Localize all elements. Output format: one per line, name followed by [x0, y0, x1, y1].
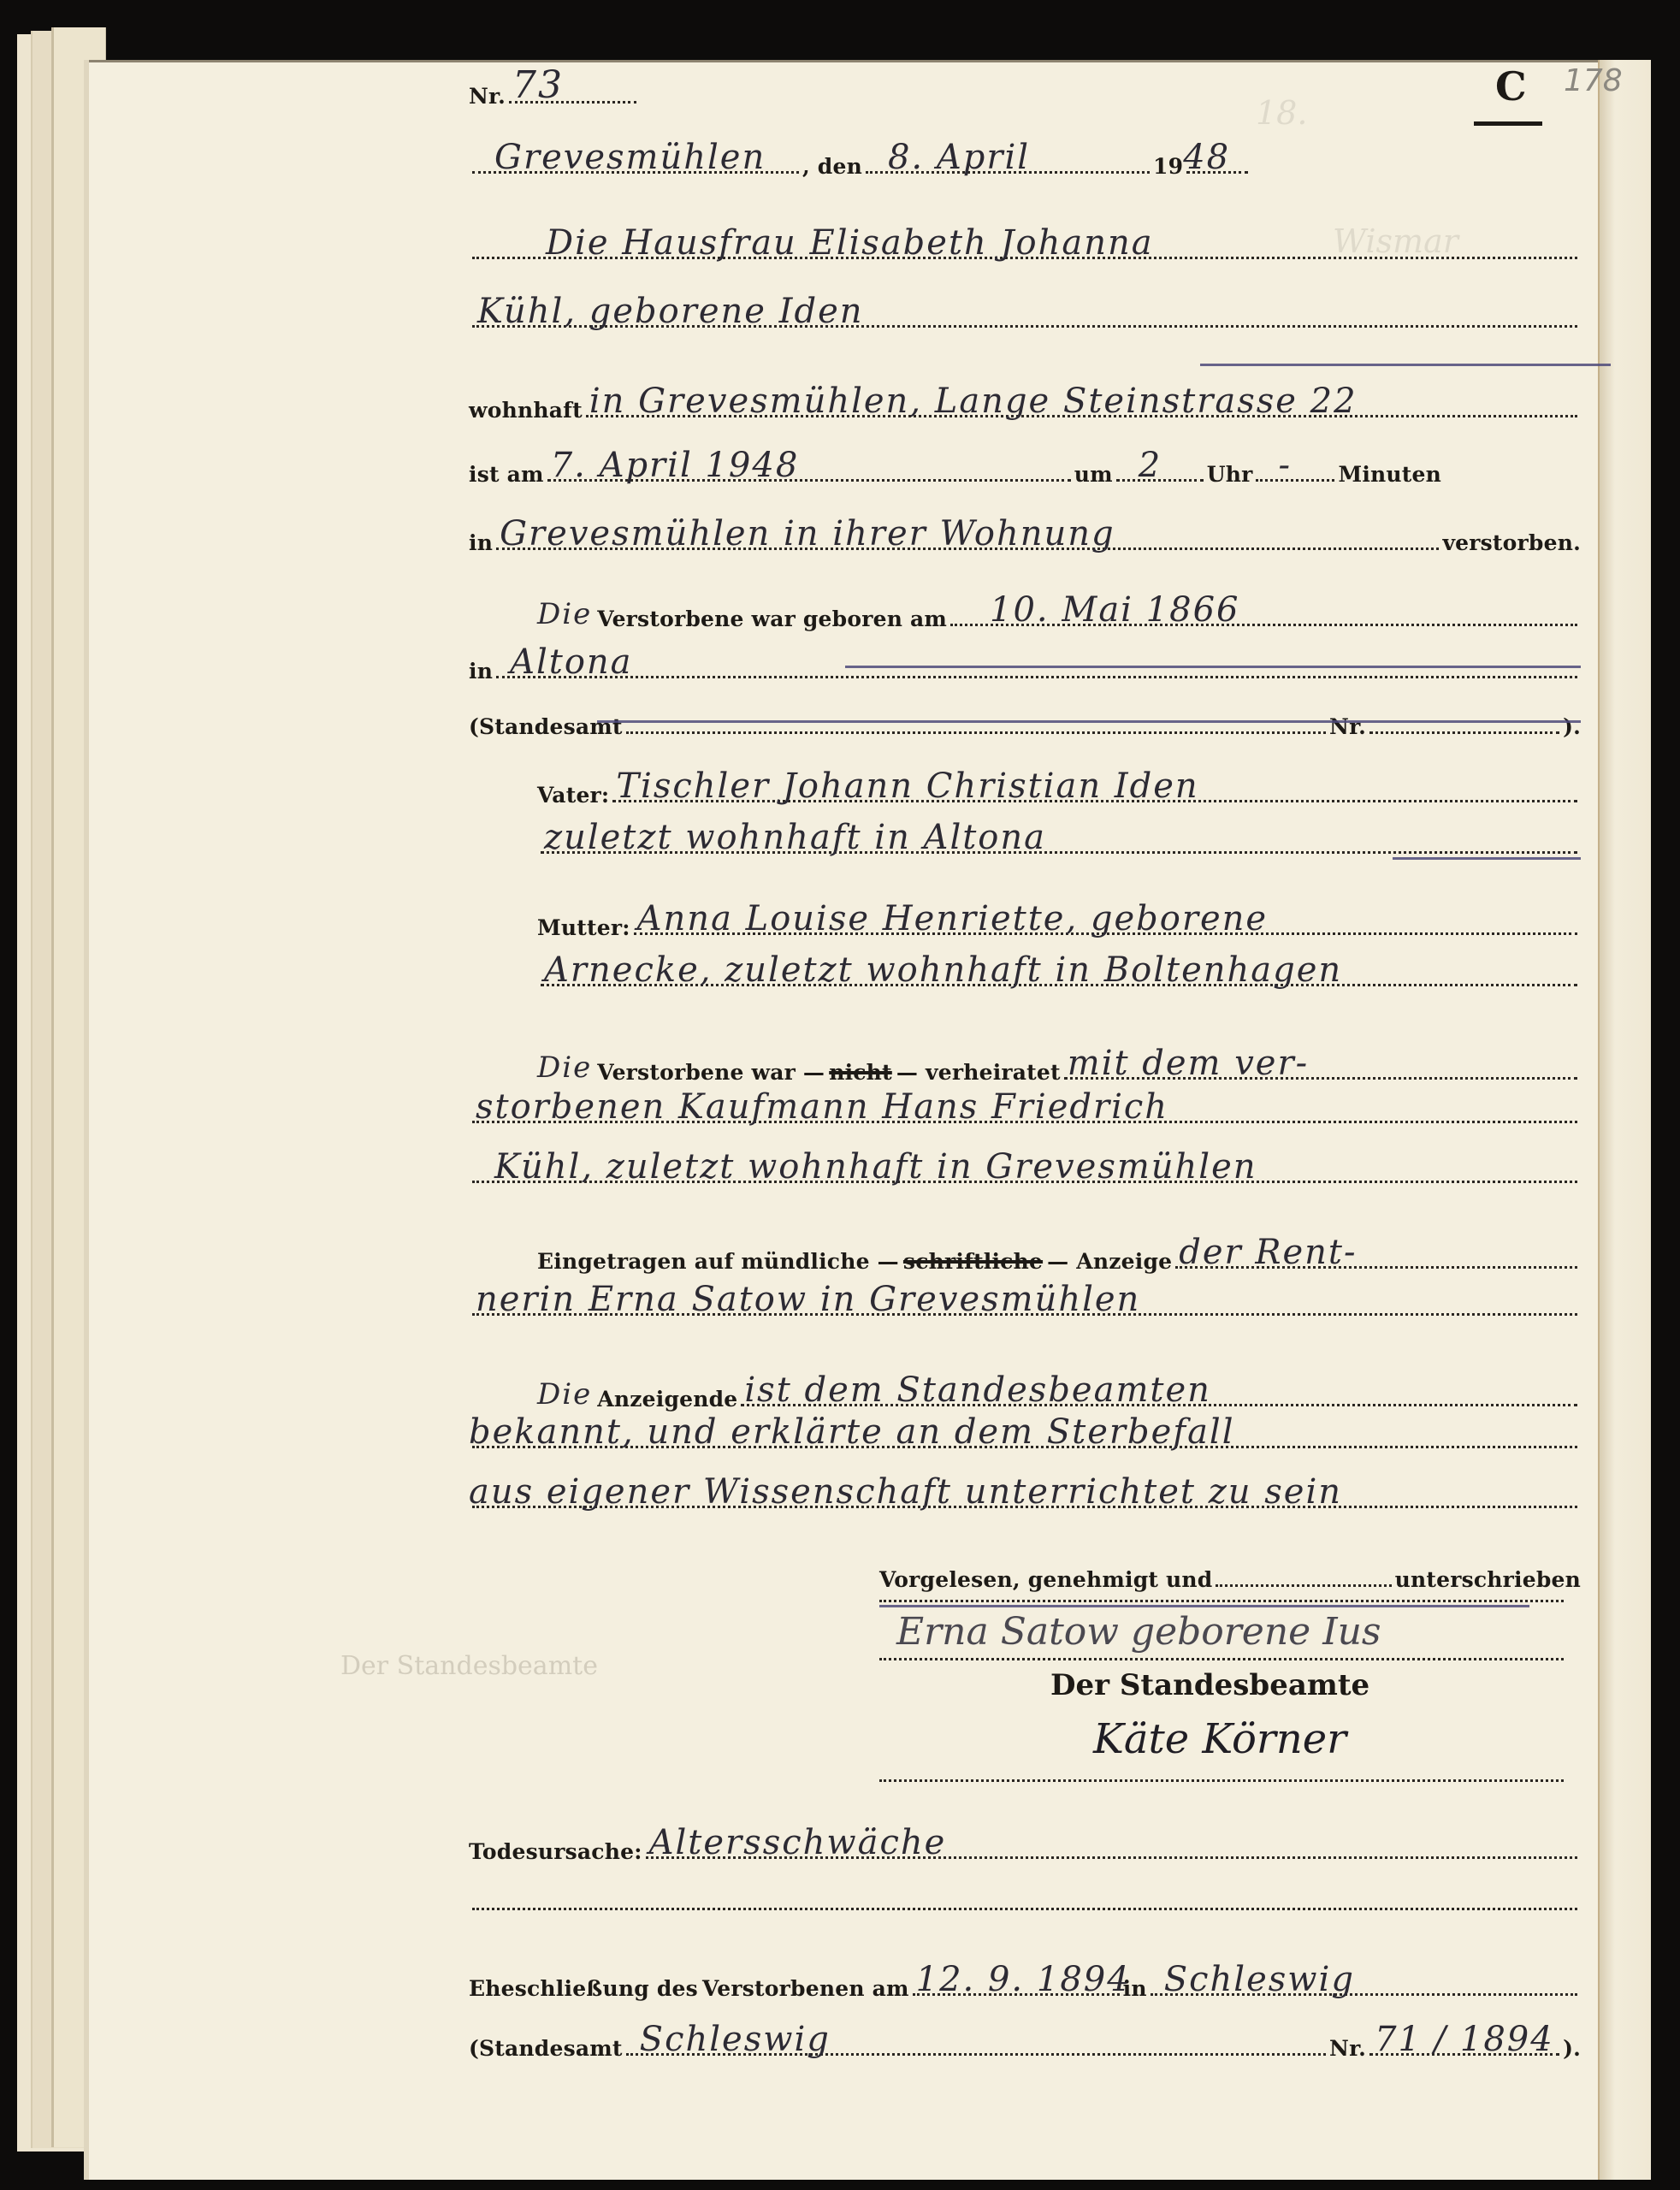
read-approved-row: Vorgelesen, genehmigt und unterschrieben: [879, 1567, 1581, 1592]
report-row: Eingetragen auf mündliche — schriftliche…: [537, 1249, 1581, 1274]
residence-row: wohnhaft in Grevesmühlen, Lange Steinstr…: [469, 398, 1581, 423]
um-label: um: [1074, 462, 1113, 487]
death-time-row: ist am 7. April 1948 um 2 Uhr - Minuten: [469, 462, 1581, 487]
registration-place: Grevesmühlen: [494, 138, 766, 177]
birth-prefix: Die: [537, 597, 592, 631]
report-label-anzeige: — Anzeige: [1047, 1249, 1172, 1274]
register-letter-underline: [1474, 121, 1542, 126]
marriage-date-value: 12. 9. 1894: [916, 1960, 1131, 1999]
mother-line-1: Anna Louise Henriette, geborene: [637, 899, 1268, 938]
book-spine: [1598, 60, 1651, 2180]
signature-line: [879, 1600, 1564, 1602]
anzeigende-line-1: ist dem Standesbeamten: [744, 1370, 1210, 1410]
signature-line: [879, 1779, 1564, 1782]
marital-line-1: mit dem ver-: [1068, 1044, 1309, 1083]
deceased-name-line-2: Kühl, geborene Iden: [477, 292, 864, 331]
death-date-value: 7. April 1948: [551, 446, 800, 485]
residence-value: in Grevesmühlen, Lange Steinstrasse 22: [589, 382, 1358, 421]
marriage-registry-label: (Standesamt: [469, 2036, 623, 2061]
mother-row-2: Arnecke, zuletzt wohnhaft in Boltenhagen: [537, 984, 1581, 991]
death-place-value: Grevesmühlen in ihrer Wohnung: [500, 514, 1115, 553]
blank-cancel-line: [845, 666, 1581, 668]
marriage-registry-value: Schleswig: [640, 2020, 831, 2059]
report-line-2: nerin Erna Satow in Grevesmühlen: [476, 1280, 1140, 1319]
deceased-name-line-1: Die Hausfrau Elisabeth Johanna: [546, 223, 1154, 263]
father-row-1: Vater: Tischler Johann Christian Iden: [537, 783, 1581, 808]
birth-registry-nr-label: Nr.: [1329, 714, 1366, 739]
informant-signature: Erna Satow geborene Ius: [896, 1610, 1381, 1654]
birth-registry-close: ).: [1563, 714, 1581, 739]
register-letter: C: [1495, 63, 1527, 109]
marital-line-2: storbenen Kaufmann Hans Friedrich: [476, 1087, 1168, 1127]
informant-statement-row-2: bekannt, und erklärte an dem Sterbefall: [469, 1446, 1581, 1453]
bleed-through-text: 18.: [1256, 94, 1307, 132]
marriage-registry-nr-value: 71 / 1894: [1375, 2020, 1554, 2059]
father-line-1: Tischler Johann Christian Iden: [616, 766, 1198, 806]
father-label: Vater:: [537, 783, 609, 808]
spouse-row-1: storbenen Kaufmann Hans Friedrich: [469, 1121, 1581, 1128]
death-hour-value: 2: [1139, 446, 1162, 485]
anzeigende-line-2: bekannt, und erklärte an dem Sterbefall: [469, 1412, 1235, 1452]
blank-cancel-line: [879, 1605, 1529, 1607]
marital-label-war: Verstorbene war —: [597, 1060, 825, 1085]
place-date-row: Grevesmühlen , den 8. April 19 48: [469, 154, 1581, 179]
marriage-registry-row: (Standesamt Schleswig Nr. 71 / 1894 ).: [469, 2036, 1581, 2061]
registrar-signature: Käte Körner: [1093, 1715, 1346, 1763]
marital-label-nicht-struck: nicht: [829, 1060, 892, 1085]
birth-registry-row: (Standesamt Nr. ).: [469, 714, 1581, 739]
death-date-label: ist am: [469, 462, 544, 487]
marriage-registry-close: ).: [1563, 2036, 1581, 2061]
bleed-through-text: Der Standesbeamte: [340, 1651, 598, 1681]
marriage-label-2: Verstorbenen am: [702, 1976, 909, 2001]
birth-place-value: Altona: [510, 642, 632, 682]
report-label-schriftliche-struck: schriftliche: [903, 1249, 1043, 1274]
marriage-place-value: Schleswig: [1164, 1960, 1355, 1999]
register-book: 18. Wismar Der Standesbeamte C 178 Nr. 7…: [17, 26, 1642, 2156]
blank-cancel-line: [1200, 364, 1611, 366]
death-place-row: in Grevesmühlen in ihrer Wohnung verstor…: [469, 530, 1581, 555]
cause-of-death-value: Altersschwäche: [649, 1823, 947, 1862]
marital-label-verheiratet: — verheiratet: [896, 1060, 1061, 1085]
blank-cancel-line: [1393, 857, 1581, 860]
cause-of-death-row-2: [469, 1908, 1581, 1915]
cause-of-death-row: Todesursache: Altersschwäche: [469, 1839, 1581, 1864]
birth-place-row: in Altona: [469, 659, 1581, 684]
deceased-name-row-2: Kühl, geborene Iden: [469, 325, 1581, 333]
pencil-note: 178: [1564, 63, 1623, 98]
birth-registry-label: (Standesamt: [469, 714, 623, 739]
registration-date: 8. April: [888, 138, 1030, 177]
deceased-name-row-1: Die Hausfrau Elisabeth Johanna: [469, 257, 1581, 264]
report-label-muendliche: Eingetragen auf mündliche —: [537, 1249, 899, 1274]
anzeigende-label: Anzeigende: [597, 1387, 737, 1412]
marital-line-3: Kühl, zuletzt wohnhaft in Grevesmühlen: [494, 1147, 1257, 1187]
residence-label: wohnhaft: [469, 398, 583, 423]
birth-date-label: Verstorbene war geboren am: [597, 607, 947, 631]
anzeigende-prefix: Die: [537, 1377, 592, 1412]
death-minutes-value: -: [1278, 446, 1292, 485]
marriage-label-1: Eheschließung des: [469, 1976, 698, 2001]
marital-row: Die Verstorbene war — nicht — verheirate…: [537, 1051, 1581, 1085]
anzeigende-line-3: aus eigener Wissenschaft unterrichtet zu…: [469, 1472, 1342, 1512]
verstorben-label: verstorben.: [1442, 530, 1581, 555]
unterschrieben-label: unterschrieben: [1395, 1567, 1581, 1592]
register-page: 18. Wismar Der Standesbeamte C 178 Nr. 7…: [84, 60, 1651, 2180]
informant-statement-row-3: aus eigener Wissenschaft unterrichtet zu…: [469, 1506, 1581, 1513]
marital-prefix: Die: [537, 1051, 592, 1085]
uhr-label: Uhr: [1207, 462, 1253, 487]
father-line-2: zuletzt wohnhaft in Altona: [544, 818, 1046, 857]
year-prefix: 19: [1153, 154, 1183, 179]
marriage-row: Eheschließung des Verstorbenen am 12. 9.…: [469, 1976, 1581, 2001]
report-line-1: der Rent-: [1179, 1233, 1357, 1272]
spouse-row-2: Kühl, zuletzt wohnhaft in Grevesmühlen: [469, 1181, 1581, 1188]
signature-line: [879, 1658, 1564, 1660]
informant-row: nerin Erna Satow in Grevesmühlen: [469, 1313, 1581, 1321]
marriage-registry-nr-label: Nr.: [1329, 2036, 1366, 2061]
mother-row-1: Mutter: Anna Louise Henriette, geborene: [537, 915, 1581, 940]
bleed-through-text: Wismar: [1333, 222, 1458, 260]
den-label: , den: [802, 154, 862, 179]
informant-statement-row-1: Die Anzeigende ist dem Standesbeamten: [537, 1377, 1581, 1412]
death-place-label: in: [469, 530, 493, 555]
cause-of-death-label: Todesursache:: [469, 1839, 642, 1864]
birth-date-value: 10. Mai 1866: [990, 590, 1239, 630]
birth-date-row: Die Verstorbene war geboren am 10. Mai 1…: [537, 597, 1581, 631]
minutes-label: Minuten: [1338, 462, 1441, 487]
birth-place-label: in: [469, 659, 493, 684]
vorgelesen-label: Vorgelesen, genehmigt und: [879, 1567, 1212, 1592]
registration-year: 48: [1183, 138, 1230, 177]
mother-line-2: Arnecke, zuletzt wohnhaft in Boltenhagen: [544, 950, 1342, 990]
entry-number-row: Nr. 73: [469, 84, 640, 109]
registrar-title: Der Standesbeamte: [1050, 1668, 1369, 1702]
entry-number-value: 73: [512, 63, 564, 107]
blank-cancel-line: [597, 720, 1581, 723]
mother-label: Mutter:: [537, 915, 630, 940]
entry-number-label: Nr.: [469, 84, 506, 109]
